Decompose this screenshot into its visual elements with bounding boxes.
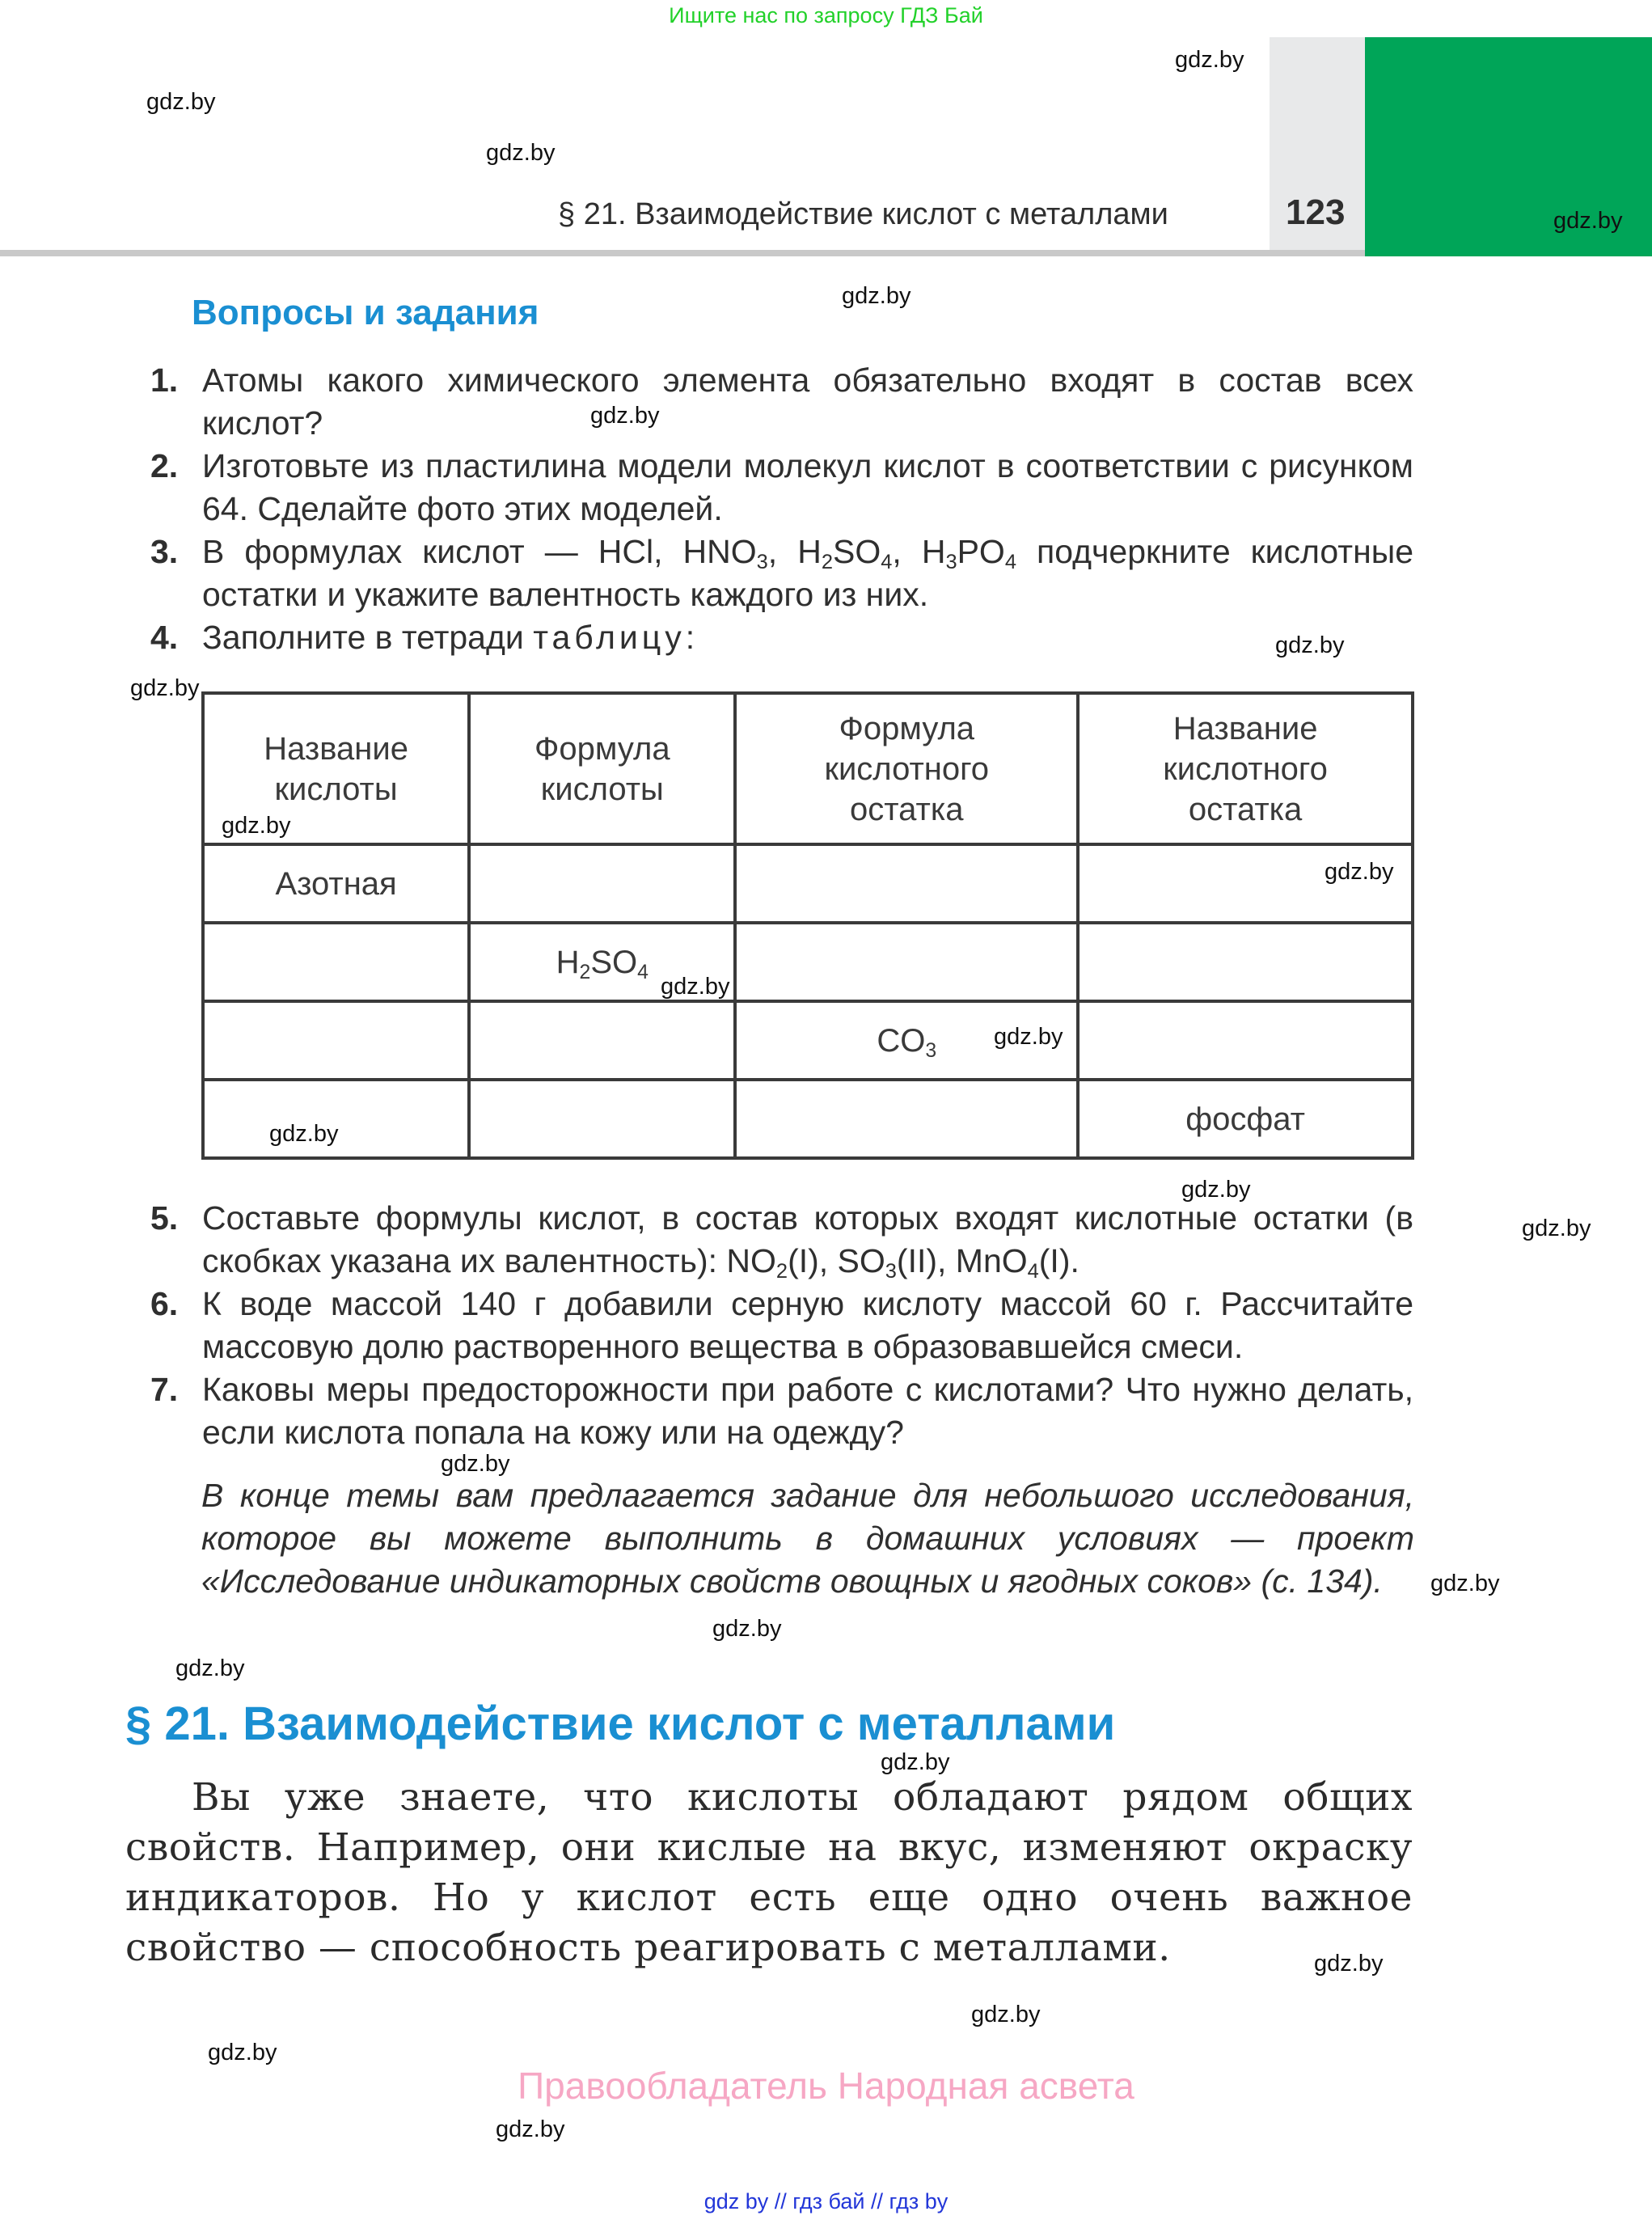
table-cell — [203, 923, 469, 1001]
copyright-notice: Правообладатель Народная асвета — [0, 2064, 1652, 2108]
table-cell — [469, 1001, 735, 1080]
question-text: К воде массой 140 г добавили серную кисл… — [202, 1283, 1413, 1368]
search-hint-banner: Ищите нас по запросу ГДЗ Бай — [0, 3, 1652, 28]
question-7: 7. Каковы меры предосторожности при рабо… — [150, 1368, 1413, 1454]
table-header-cell: Формула кислотного остатка — [735, 693, 1078, 844]
table-cell — [203, 1001, 469, 1080]
table-header-cell: Название кислоты — [203, 693, 469, 844]
question-6: 6. К воде массой 140 г добавили серную к… — [150, 1283, 1413, 1368]
watermark: gdz.by — [175, 1655, 244, 1682]
table-row: H2SO4 — [203, 923, 1413, 1001]
question-number: 3. — [150, 531, 178, 573]
table-row: Азотная — [203, 844, 1413, 923]
footer-links[interactable]: gdz by // гдз бай // гдз by — [0, 2189, 1652, 2214]
watermark: gdz.by — [1430, 1571, 1499, 1597]
table-header-cell: Название кислотного остатка — [1078, 693, 1413, 844]
table-cell — [469, 844, 735, 923]
question-text-emphasis: таблицу — [533, 619, 686, 656]
question-text-part: Заполните в тетради — [202, 619, 533, 656]
question-number: 1. — [150, 359, 178, 402]
question-text-part: : — [686, 619, 695, 656]
watermark: gdz.by — [1553, 208, 1622, 235]
table-row: фосфат — [203, 1080, 1413, 1158]
table-cell — [735, 844, 1078, 923]
table-cell: фосфат — [1078, 1080, 1413, 1158]
running-head: § 21. Взаимодействие кислот с металлами — [558, 197, 1168, 232]
watermark: gdz.by — [1175, 47, 1244, 74]
table-header-row: Название кислоты Формула кислоты Формула… — [203, 693, 1413, 844]
question-5: 5. Составьте формулы кислот, в состав ко… — [150, 1197, 1413, 1283]
question-text: В формулах кислот — HCl, HNO3, H2SO4, H3… — [202, 531, 1413, 616]
question-2: 2. Изготовьте из пластилина модели молек… — [150, 445, 1413, 531]
question-number: 7. — [150, 1368, 178, 1411]
question-number: 2. — [150, 445, 178, 488]
watermark: gdz.by — [208, 2040, 277, 2066]
table-cell — [1078, 923, 1413, 1001]
watermark: gdz.by — [130, 675, 199, 702]
table-cell: CO3 — [735, 1001, 1078, 1080]
watermark: gdz.by — [1522, 1216, 1591, 1242]
paragraph-body: Вы уже знаете, что кислоты обладают рядо… — [125, 1773, 1413, 1973]
watermark: gdz.by — [496, 2116, 564, 2143]
question-text: Заполните в тетради таблицу: — [202, 616, 1413, 659]
watermark: gdz.by — [971, 2002, 1040, 2028]
question-1: 1. Атомы какого химического элемента обя… — [150, 359, 1413, 445]
table-header-cell: Формула кислоты — [469, 693, 735, 844]
table-cell — [203, 1080, 469, 1158]
question-3: 3. В формулах кислот — HCl, HNO3, H2SO4,… — [150, 531, 1413, 616]
table-cell — [735, 1080, 1078, 1158]
project-note: В конце темы вам предлагается задание дл… — [201, 1474, 1414, 1603]
question-text-part: В формулах кислот — HCl, HNO — [202, 533, 757, 570]
table-cell — [469, 1080, 735, 1158]
fill-in-table: Название кислоты Формула кислоты Формула… — [201, 691, 1414, 1160]
question-number: 4. — [150, 616, 178, 659]
paragraph-title: § 21. Взаимодействие кислот с металлами — [125, 1697, 1115, 1751]
question-text: Изготовьте из пластилина модели молекул … — [202, 445, 1413, 531]
questions-section-title: Вопросы и задания — [192, 293, 539, 333]
question-number: 6. — [150, 1283, 178, 1326]
question-text: Каковы меры предосторожности при работе … — [202, 1368, 1413, 1454]
paragraph-body-text: Вы уже знаете, что кислоты обладают рядо… — [125, 1775, 1413, 1970]
table-cell: H2SO4 — [469, 923, 735, 1001]
header-rule — [0, 250, 1365, 256]
watermark: gdz.by — [842, 283, 911, 310]
table-cell: Азотная — [203, 844, 469, 923]
watermark: gdz.by — [146, 89, 215, 116]
question-text-part: Составьте формулы кислот, в состав котор… — [202, 1199, 1413, 1279]
table-cell — [1078, 844, 1413, 923]
question-4: 4. Заполните в тетради таблицу: — [150, 616, 1413, 659]
page-number: 123 — [1286, 192, 1345, 233]
table-row: CO3 — [203, 1001, 1413, 1080]
question-text: Атомы какого химического элемента обязат… — [202, 359, 1413, 445]
question-text: Составьте формулы кислот, в состав котор… — [202, 1197, 1413, 1283]
table-cell — [1078, 1001, 1413, 1080]
question-number: 5. — [150, 1197, 178, 1240]
watermark: gdz.by — [712, 1616, 781, 1643]
table-cell — [735, 923, 1078, 1001]
watermark: gdz.by — [486, 140, 555, 167]
